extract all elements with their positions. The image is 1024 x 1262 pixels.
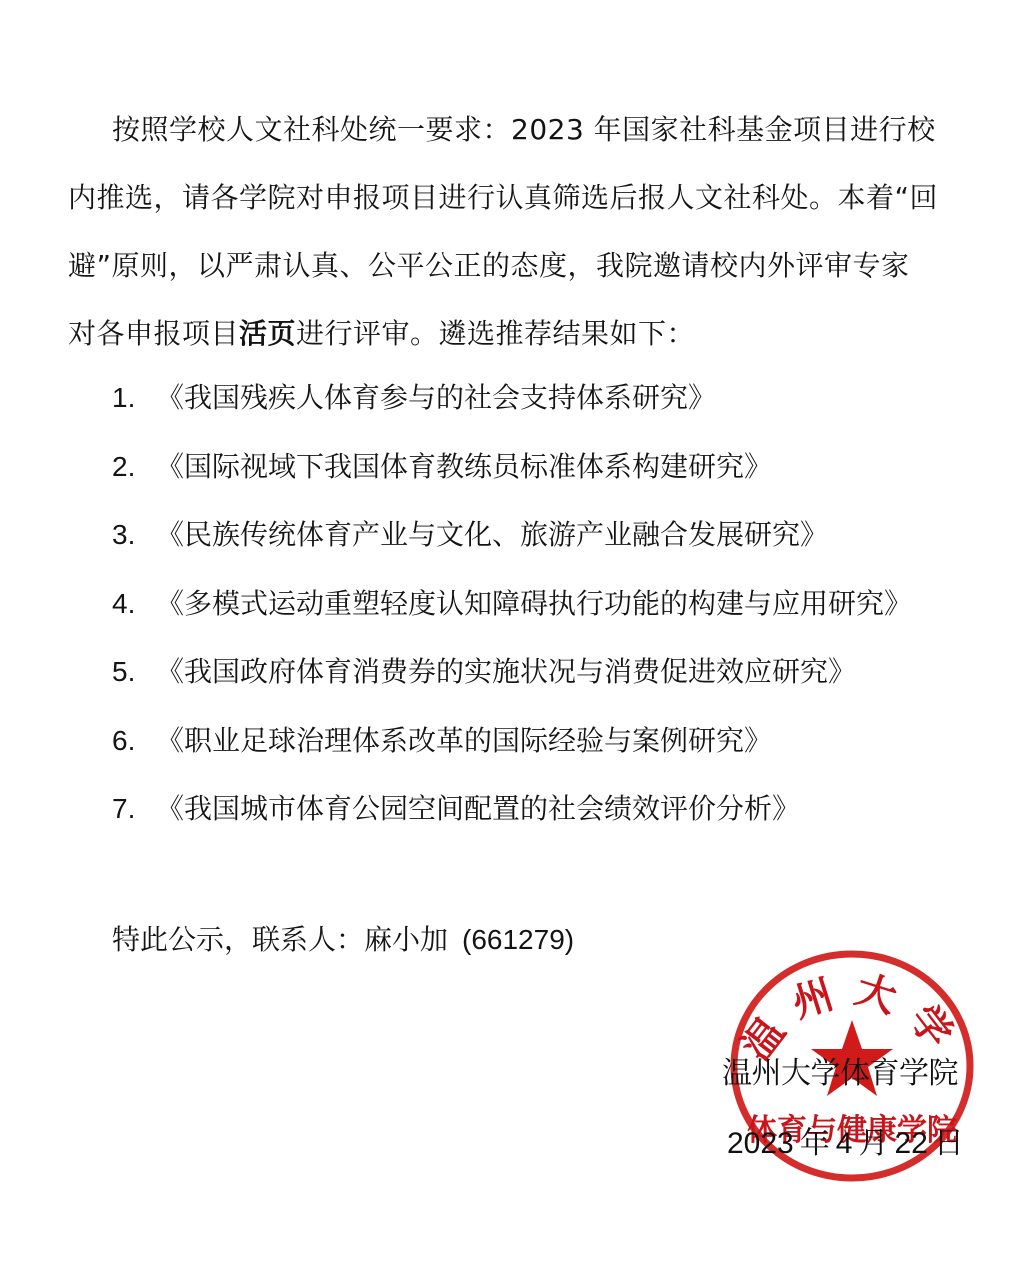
item-title: 《多模式运动重塑轻度认知障碍执行功能的构建与应用研究》 [156, 576, 912, 645]
intro-line-4: 对各申报项目活页进行评审。遴选推荐结果如下： [68, 300, 982, 368]
intro-line-4-end: 进行评审。遴选推荐结果如下： [296, 317, 695, 350]
item-title: 《我国城市体育公园空间配置的社会绩效评价分析》 [156, 781, 800, 850]
item-title: 《国际视域下我国体育教练员标准体系构建研究》 [156, 439, 772, 508]
item-number: 1. [112, 370, 156, 439]
item-number: 4. [112, 576, 156, 645]
list-item: 3.《民族传统体育产业与文化、旅游产业融合发展研究》 [112, 507, 912, 576]
item-title: 《我国残疾人体育参与的社会支持体系研究》 [156, 370, 716, 439]
date-month: 4 [836, 1127, 853, 1160]
contact-text: 特此公示，联系人：麻小加 [112, 923, 448, 956]
emphasis-text: 活页 [239, 317, 296, 350]
contact-line: 特此公示，联系人：麻小加(661279) [112, 915, 574, 965]
list-item: 2.《国际视域下我国体育教练员标准体系构建研究》 [112, 439, 912, 508]
signature-organization: 温州大学体育学院 [722, 1048, 958, 1092]
item-title: 《我国政府体育消费券的实施状况与消费促进效应研究》 [156, 644, 856, 713]
item-number: 2. [112, 439, 156, 508]
date-day-unit: 日 [934, 1127, 964, 1160]
recommended-projects-list: 1.《我国残疾人体育参与的社会支持体系研究》 2.《国际视域下我国体育教练员标准… [112, 370, 912, 850]
intro-paragraph: 按照学校人文社科处统一要求：2023 年国家社科基金项目进行校 内推选，请各学院… [112, 96, 982, 368]
list-item: 6.《职业足球治理体系改革的国际经验与案例研究》 [112, 713, 912, 782]
intro-line-3: 避”原则，以严肃认真、公平公正的态度，我院邀请校内外评审专家 [68, 232, 982, 300]
date-year: 2023 [727, 1127, 794, 1160]
list-item: 4.《多模式运动重塑轻度认知障碍执行功能的构建与应用研究》 [112, 576, 912, 645]
list-item: 7.《我国城市体育公园空间配置的社会绩效评价分析》 [112, 781, 912, 850]
item-number: 7. [112, 781, 156, 850]
intro-line-1: 按照学校人文社科处统一要求：2023 年国家社科基金项目进行校 [112, 96, 982, 164]
list-item: 1.《我国残疾人体育参与的社会支持体系研究》 [112, 370, 912, 439]
intro-line-2: 内推选，请各学院对申报项目进行认真筛选后报人文社科处。本着“回 [68, 164, 982, 232]
item-title: 《民族传统体育产业与文化、旅游产业融合发展研究》 [156, 507, 828, 576]
date-day: 22 [894, 1127, 927, 1160]
item-number: 6. [112, 713, 156, 782]
list-item: 5.《我国政府体育消费券的实施状况与消费促进效应研究》 [112, 644, 912, 713]
contact-phone: (661279) [462, 924, 574, 955]
date-year-unit: 年 [800, 1127, 830, 1160]
intro-line-4-start: 对各申报项目 [68, 317, 239, 350]
item-number: 3. [112, 507, 156, 576]
signature-date: 2023年4月22日 [727, 1118, 970, 1162]
date-month-unit: 月 [858, 1127, 888, 1160]
item-number: 5. [112, 644, 156, 713]
item-title: 《职业足球治理体系改革的国际经验与案例研究》 [156, 713, 772, 782]
